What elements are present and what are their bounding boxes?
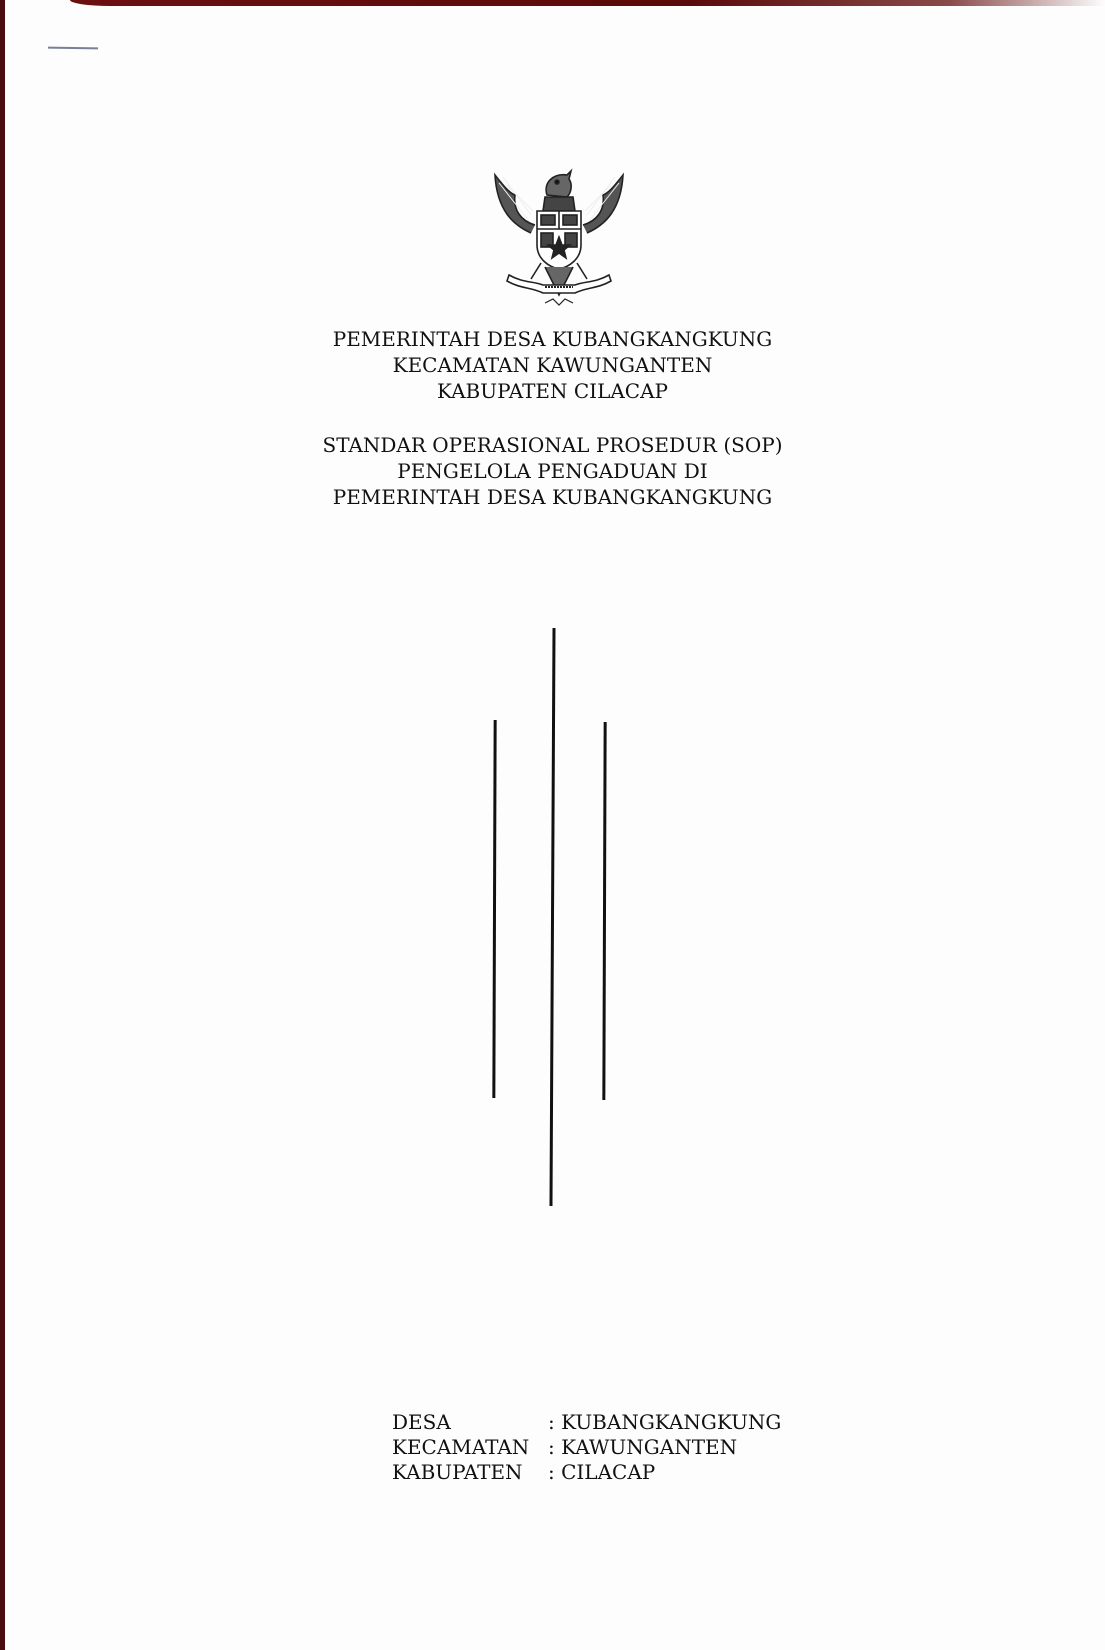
- decorative-line-center: [549, 628, 555, 1206]
- info-value: : KAWUNGANTEN: [548, 1435, 737, 1460]
- info-row-desa: DESA : KUBANGKANGKUNG: [392, 1410, 781, 1435]
- scan-edge-top: [70, 0, 1105, 6]
- info-label: KECAMATAN: [392, 1435, 548, 1460]
- info-label: KABUPATEN: [392, 1460, 548, 1485]
- garuda-emblem-icon: [483, 155, 635, 315]
- info-value: : CILACAP: [548, 1460, 655, 1485]
- header-block: PEMERINTAH DESA KUBANGKANGKUNG KECAMATAN…: [0, 326, 1105, 404]
- title-line-2: PENGELOLA PENGADUAN DI: [0, 458, 1105, 484]
- header-line-government: PEMERINTAH DESA KUBANGKANGKUNG: [0, 326, 1105, 352]
- info-label: DESA: [392, 1410, 548, 1435]
- title-block: STANDAR OPERASIONAL PROSEDUR (SOP) PENGE…: [0, 432, 1105, 510]
- scan-edge-left: [0, 0, 5, 1650]
- decorative-line-left: [492, 720, 496, 1098]
- header-line-regency: KABUPATEN CILACAP: [0, 378, 1105, 404]
- pen-mark: [48, 47, 98, 50]
- decorative-line-right: [602, 722, 606, 1100]
- info-value: : KUBANGKANGKUNG: [548, 1410, 781, 1435]
- location-info: DESA : KUBANGKANGKUNG KECAMATAN : KAWUNG…: [392, 1410, 781, 1485]
- info-row-kecamatan: KECAMATAN : KAWUNGANTEN: [392, 1435, 781, 1460]
- info-row-kabupaten: KABUPATEN : CILACAP: [392, 1460, 781, 1485]
- title-line-1: STANDAR OPERASIONAL PROSEDUR (SOP): [0, 432, 1105, 458]
- header-line-district: KECAMATAN KAWUNGANTEN: [0, 352, 1105, 378]
- title-line-3: PEMERINTAH DESA KUBANGKANGKUNG: [0, 484, 1105, 510]
